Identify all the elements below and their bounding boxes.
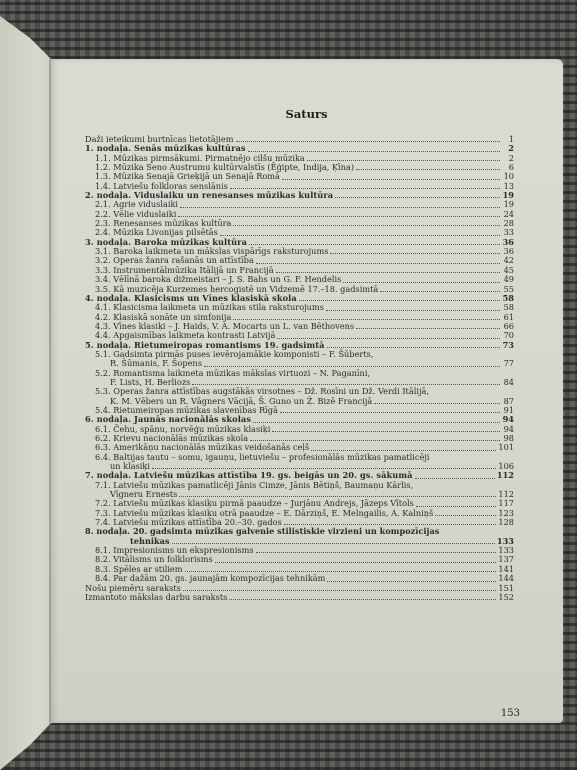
dot-leader [327, 347, 500, 348]
dot-leader [253, 422, 500, 423]
page-number: 153 [480, 708, 520, 719]
table-of-contents: Daži ieteikumi burtnīcas lietotājiem11. … [85, 135, 514, 602]
dot-leader [249, 244, 500, 245]
dot-leader [172, 543, 495, 544]
toc-page-number: 101 [498, 443, 514, 452]
dot-leader [335, 197, 500, 198]
dot-leader [299, 300, 500, 301]
dot-leader [435, 515, 496, 516]
book-gutter [49, 59, 51, 723]
dot-leader [152, 468, 496, 469]
dot-leader [233, 319, 500, 320]
toc-entry: Izmantoto mākslas darbu saraksts152 [85, 593, 514, 602]
dot-leader [327, 581, 496, 582]
dot-leader [415, 478, 495, 479]
page-title: Saturs [50, 107, 563, 121]
toc-page-number: 84 [502, 378, 514, 387]
dot-leader [284, 524, 497, 525]
dot-leader [343, 282, 500, 283]
dot-leader [248, 151, 500, 152]
dot-leader [178, 216, 500, 217]
dot-leader [330, 253, 500, 254]
toc-page-number: 112 [497, 471, 514, 480]
dot-leader [215, 562, 497, 563]
dot-leader [356, 169, 500, 170]
dot-leader [236, 141, 500, 142]
dot-leader [416, 506, 497, 507]
dot-leader [233, 225, 500, 226]
dot-leader [192, 384, 500, 385]
left-page-edge [0, 0, 52, 770]
dot-leader [356, 328, 500, 329]
dot-leader [326, 310, 500, 311]
dot-leader [250, 440, 500, 441]
dot-leader [220, 235, 500, 236]
toc-page-number: 77 [502, 359, 514, 368]
toc-page-number: 73 [502, 341, 514, 350]
dot-leader [230, 188, 500, 189]
dot-leader [277, 338, 500, 339]
dot-leader [256, 552, 497, 553]
dot-leader [374, 403, 500, 404]
dot-leader [311, 450, 496, 451]
dot-leader [380, 291, 500, 292]
dot-leader [180, 207, 500, 208]
dot-leader [282, 179, 500, 180]
dot-leader [256, 263, 500, 264]
dot-leader [185, 571, 497, 572]
dot-leader [280, 412, 500, 413]
dot-leader [276, 272, 500, 273]
dot-leader [204, 366, 500, 367]
toc-entry-title: Izmantoto mākslas darbu saraksts [85, 593, 227, 602]
toc-page-number: 152 [498, 593, 514, 602]
dot-leader [179, 496, 496, 497]
dot-leader [272, 431, 500, 432]
toc-page-number: 128 [498, 518, 514, 527]
dot-leader [229, 599, 496, 600]
dot-leader [307, 160, 500, 161]
dot-leader [183, 590, 497, 591]
